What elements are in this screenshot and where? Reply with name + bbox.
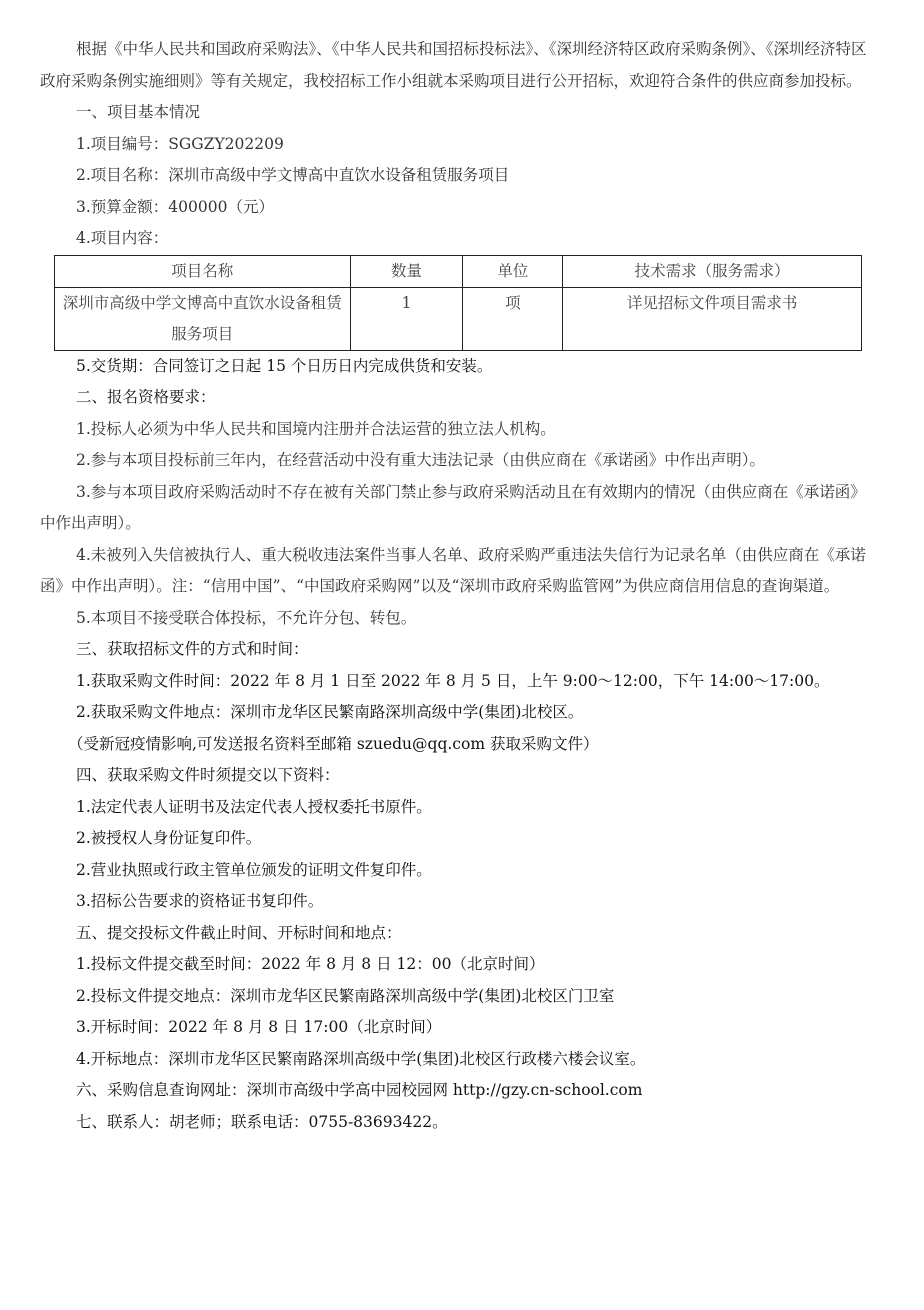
required-doc-3: 2.营业执照或行政主管单位颁发的证明文件复印件。	[40, 855, 870, 887]
qualification-2: 2.参与本项目投标前三年内，在经营活动中没有重大违法记录（由供应商在《承诺函》中…	[40, 445, 870, 477]
project-number: 1.项目编号：SGGZY202209	[40, 129, 870, 161]
qualification-3: 3.参与本项目政府采购活动时不存在被有关部门禁止参与政府采购活动且在有效期内的情…	[40, 477, 870, 540]
project-name: 2.项目名称：深圳市高级中学文博高中直饮水设备租赁服务项目	[40, 160, 870, 192]
header-item-name: 项目名称	[55, 255, 351, 287]
tender-announcement: 根据《中华人民共和国政府采购法》、《中华人民共和国招标投标法》、《深圳经济特区政…	[40, 34, 870, 1138]
acquisition-location: 2.获取采购文件地点：深圳市龙华区民繁南路深圳高级中学(集团)北校区。	[40, 697, 870, 729]
project-items-table: 项目名称 数量 单位 技术需求（服务需求） 深圳市高级中学文博高中直饮水设备租赁…	[54, 255, 862, 351]
opening-location: 4.开标地点：深圳市龙华区民繁南路深圳高级中学(集团)北校区行政楼六楼会议室。	[40, 1044, 870, 1076]
intro-paragraph: 根据《中华人民共和国政府采购法》、《中华人民共和国招标投标法》、《深圳经济特区政…	[40, 34, 870, 97]
submission-location: 2.投标文件提交地点：深圳市龙华区民繁南路深圳高级中学(集团)北校区门卫室	[40, 981, 870, 1013]
required-doc-2: 2.被授权人身份证复印件。	[40, 823, 870, 855]
cell-requirement: 详见招标文件项目需求书	[563, 287, 862, 350]
required-doc-4: 3.招标公告要求的资格证书复印件。	[40, 886, 870, 918]
cell-item-name: 深圳市高级中学文博高中直饮水设备租赁服务项目	[55, 287, 351, 350]
project-budget: 3.预算金额：400000（元）	[40, 192, 870, 224]
submission-deadline: 1.投标文件提交截至时间：2022 年 8 月 8 日 12：00（北京时间）	[40, 949, 870, 981]
qualification-1: 1.投标人必须为中华人民共和国境内注册并合法运营的独立法人机构。	[40, 414, 870, 446]
qualification-4: 4.未被列入失信被执行人、重大税收违法案件当事人名单、政府采购严重违法失信行为记…	[40, 540, 870, 603]
email-note: （受新冠疫情影响,可发送报名资料至邮箱 szuedu@qq.com 获取采购文件…	[40, 729, 870, 761]
section1-heading: 一、项目基本情况	[40, 97, 870, 129]
cell-unit: 项	[463, 287, 563, 350]
contact-info: 七、联系人：胡老师；联系电话：0755-83693422。	[40, 1107, 870, 1139]
header-quantity: 数量	[350, 255, 463, 287]
info-website: 六、采购信息查询网址：深圳市高级中学高中园校园网 http://gzy.cn-s…	[40, 1075, 870, 1107]
acquisition-time: 1.获取采购文件时间：2022 年 8 月 1 日至 2022 年 8 月 5 …	[40, 666, 870, 698]
delivery-period: 5.交货期：合同签订之日起 15 个日历日内完成供货和安装。	[40, 351, 870, 383]
header-unit: 单位	[463, 255, 563, 287]
table-header-row: 项目名称 数量 单位 技术需求（服务需求）	[55, 255, 862, 287]
project-content-label: 4.项目内容：	[40, 223, 870, 255]
cell-quantity: 1	[350, 287, 463, 350]
section2-heading: 二、报名资格要求：	[40, 382, 870, 414]
required-doc-1: 1.法定代表人证明书及法定代表人授权委托书原件。	[40, 792, 870, 824]
section3-heading: 三、获取招标文件的方式和时间：	[40, 634, 870, 666]
opening-time: 3.开标时间：2022 年 8 月 8 日 17:00（北京时间）	[40, 1012, 870, 1044]
qualification-5: 5.本项目不接受联合体投标，不允许分包、转包。	[40, 603, 870, 635]
section5-heading: 五、提交投标文件截止时间、开标时间和地点：	[40, 918, 870, 950]
section4-heading: 四、获取采购文件时须提交以下资料：	[40, 760, 870, 792]
table-row: 深圳市高级中学文博高中直饮水设备租赁服务项目 1 项 详见招标文件项目需求书	[55, 287, 862, 350]
header-requirement: 技术需求（服务需求）	[563, 255, 862, 287]
